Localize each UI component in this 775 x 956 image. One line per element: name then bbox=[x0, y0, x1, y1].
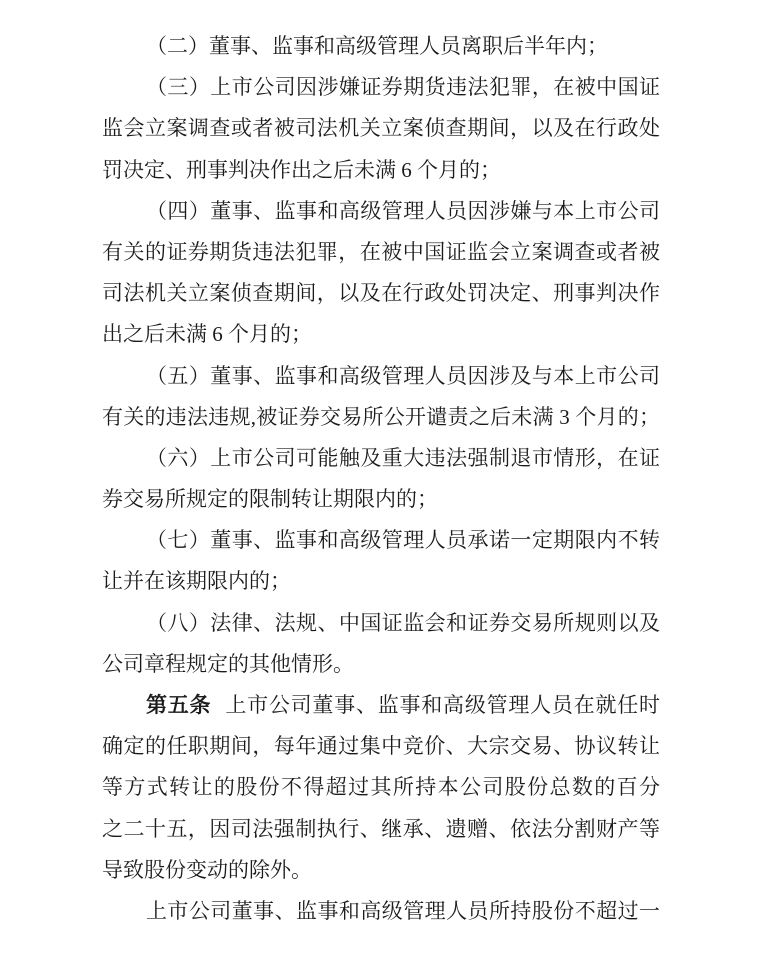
line-17: 第五条上市公司董事、监事和高级管理人员在就任时 bbox=[102, 685, 660, 726]
line-02: （三）上市公司因涉嫌证券期货违法犯罪，在被中国证 bbox=[102, 67, 660, 108]
line-07-text: 司法机关立案侦查期间，以及在行政处罚决定、刑事判决作 bbox=[102, 281, 660, 305]
line-22-text: 上市公司董事、监事和高级管理人员所持股份不超过一 bbox=[146, 899, 660, 923]
line-11-text: （六）上市公司可能触及重大违法强制退市情形，在证 bbox=[146, 446, 660, 470]
line-01: （二）董事、监事和高级管理人员离职后半年内； bbox=[102, 26, 660, 67]
line-13: （七）董事、监事和高级管理人员承诺一定期限内不转 bbox=[102, 520, 660, 561]
line-05-text: （四）董事、监事和高级管理人员因涉嫌与本上市公司 bbox=[146, 199, 660, 223]
line-22: 上市公司董事、监事和高级管理人员所持股份不超过一 bbox=[102, 891, 660, 932]
line-08: 出之后未满 6 个月的； bbox=[102, 314, 660, 355]
line-03-text: 监会立案调查或者被司法机关立案侦查期间，以及在行政处 bbox=[102, 116, 660, 140]
document-body: （二）董事、监事和高级管理人员离职后半年内； （三）上市公司因涉嫌证券期货违法犯… bbox=[102, 26, 660, 932]
line-06: 有关的证券期货违法犯罪，在被中国证监会立案调查或者被 bbox=[102, 232, 660, 273]
line-18: 确定的任职期间，每年通过集中竞价、大宗交易、协议转让 bbox=[102, 726, 660, 767]
article-5-heading: 第五条 bbox=[146, 693, 211, 717]
line-15-text: （八）法律、法规、中国证监会和证券交易所规则以及 bbox=[146, 611, 660, 635]
line-05: （四）董事、监事和高级管理人员因涉嫌与本上市公司 bbox=[102, 191, 660, 232]
line-21: 导致股份变动的除外。 bbox=[102, 850, 660, 891]
line-19: 等方式转让的股份不得超过其所持本公司股份总数的百分 bbox=[102, 767, 660, 808]
line-07: 司法机关立案侦查期间，以及在行政处罚决定、刑事判决作 bbox=[102, 273, 660, 314]
line-14-text: 让并在该期限内的； bbox=[102, 569, 291, 593]
line-20-text: 之二十五，因司法强制执行、继承、遗赠、依法分割财产等 bbox=[102, 817, 660, 841]
line-02-text: （三）上市公司因涉嫌证券期货违法犯罪，在被中国证 bbox=[146, 75, 660, 99]
document-page: （二）董事、监事和高级管理人员离职后半年内； （三）上市公司因涉嫌证券期货违法犯… bbox=[0, 0, 775, 956]
line-17-text: 上市公司董事、监事和高级管理人员在就任时 bbox=[225, 693, 660, 717]
line-03: 监会立案调查或者被司法机关立案侦查期间，以及在行政处 bbox=[102, 108, 660, 149]
line-11: （六）上市公司可能触及重大违法强制退市情形，在证 bbox=[102, 438, 660, 479]
line-12-text: 券交易所规定的限制转让期限内的； bbox=[102, 487, 438, 511]
line-20: 之二十五，因司法强制执行、继承、遗赠、依法分割财产等 bbox=[102, 809, 660, 850]
line-04-text: 罚决定、刑事判决作出之后未满 6 个月的； bbox=[102, 158, 501, 182]
line-21-text: 导致股份变动的除外。 bbox=[102, 858, 312, 882]
line-15: （八）法律、法规、中国证监会和证券交易所规则以及 bbox=[102, 603, 660, 644]
line-16-text: 公司章程规定的其他情形。 bbox=[102, 652, 354, 676]
line-01-text: （二）董事、监事和高级管理人员离职后半年内； bbox=[146, 34, 608, 58]
line-19-text: 等方式转让的股份不得超过其所持本公司股份总数的百分 bbox=[102, 775, 660, 799]
line-06-text: 有关的证券期货违法犯罪，在被中国证监会立案调查或者被 bbox=[102, 240, 660, 264]
line-16: 公司章程规定的其他情形。 bbox=[102, 644, 660, 685]
line-10: 有关的违法违规,被证券交易所公开谴责之后未满 3 个月的； bbox=[102, 397, 660, 438]
line-18-text: 确定的任职期间，每年通过集中竞价、大宗交易、协议转让 bbox=[102, 734, 660, 758]
line-12: 券交易所规定的限制转让期限内的； bbox=[102, 479, 660, 520]
line-08-text: 出之后未满 6 个月的； bbox=[102, 322, 312, 346]
line-09: （五）董事、监事和高级管理人员因涉及与本上市公司 bbox=[102, 356, 660, 397]
line-04: 罚决定、刑事判决作出之后未满 6 个月的； bbox=[102, 150, 660, 191]
line-09-text: （五）董事、监事和高级管理人员因涉及与本上市公司 bbox=[146, 364, 660, 388]
line-13-text: （七）董事、监事和高级管理人员承诺一定期限内不转 bbox=[146, 528, 660, 552]
line-14: 让并在该期限内的； bbox=[102, 561, 660, 602]
line-10-text: 有关的违法违规,被证券交易所公开谴责之后未满 3 个月的； bbox=[102, 405, 660, 429]
